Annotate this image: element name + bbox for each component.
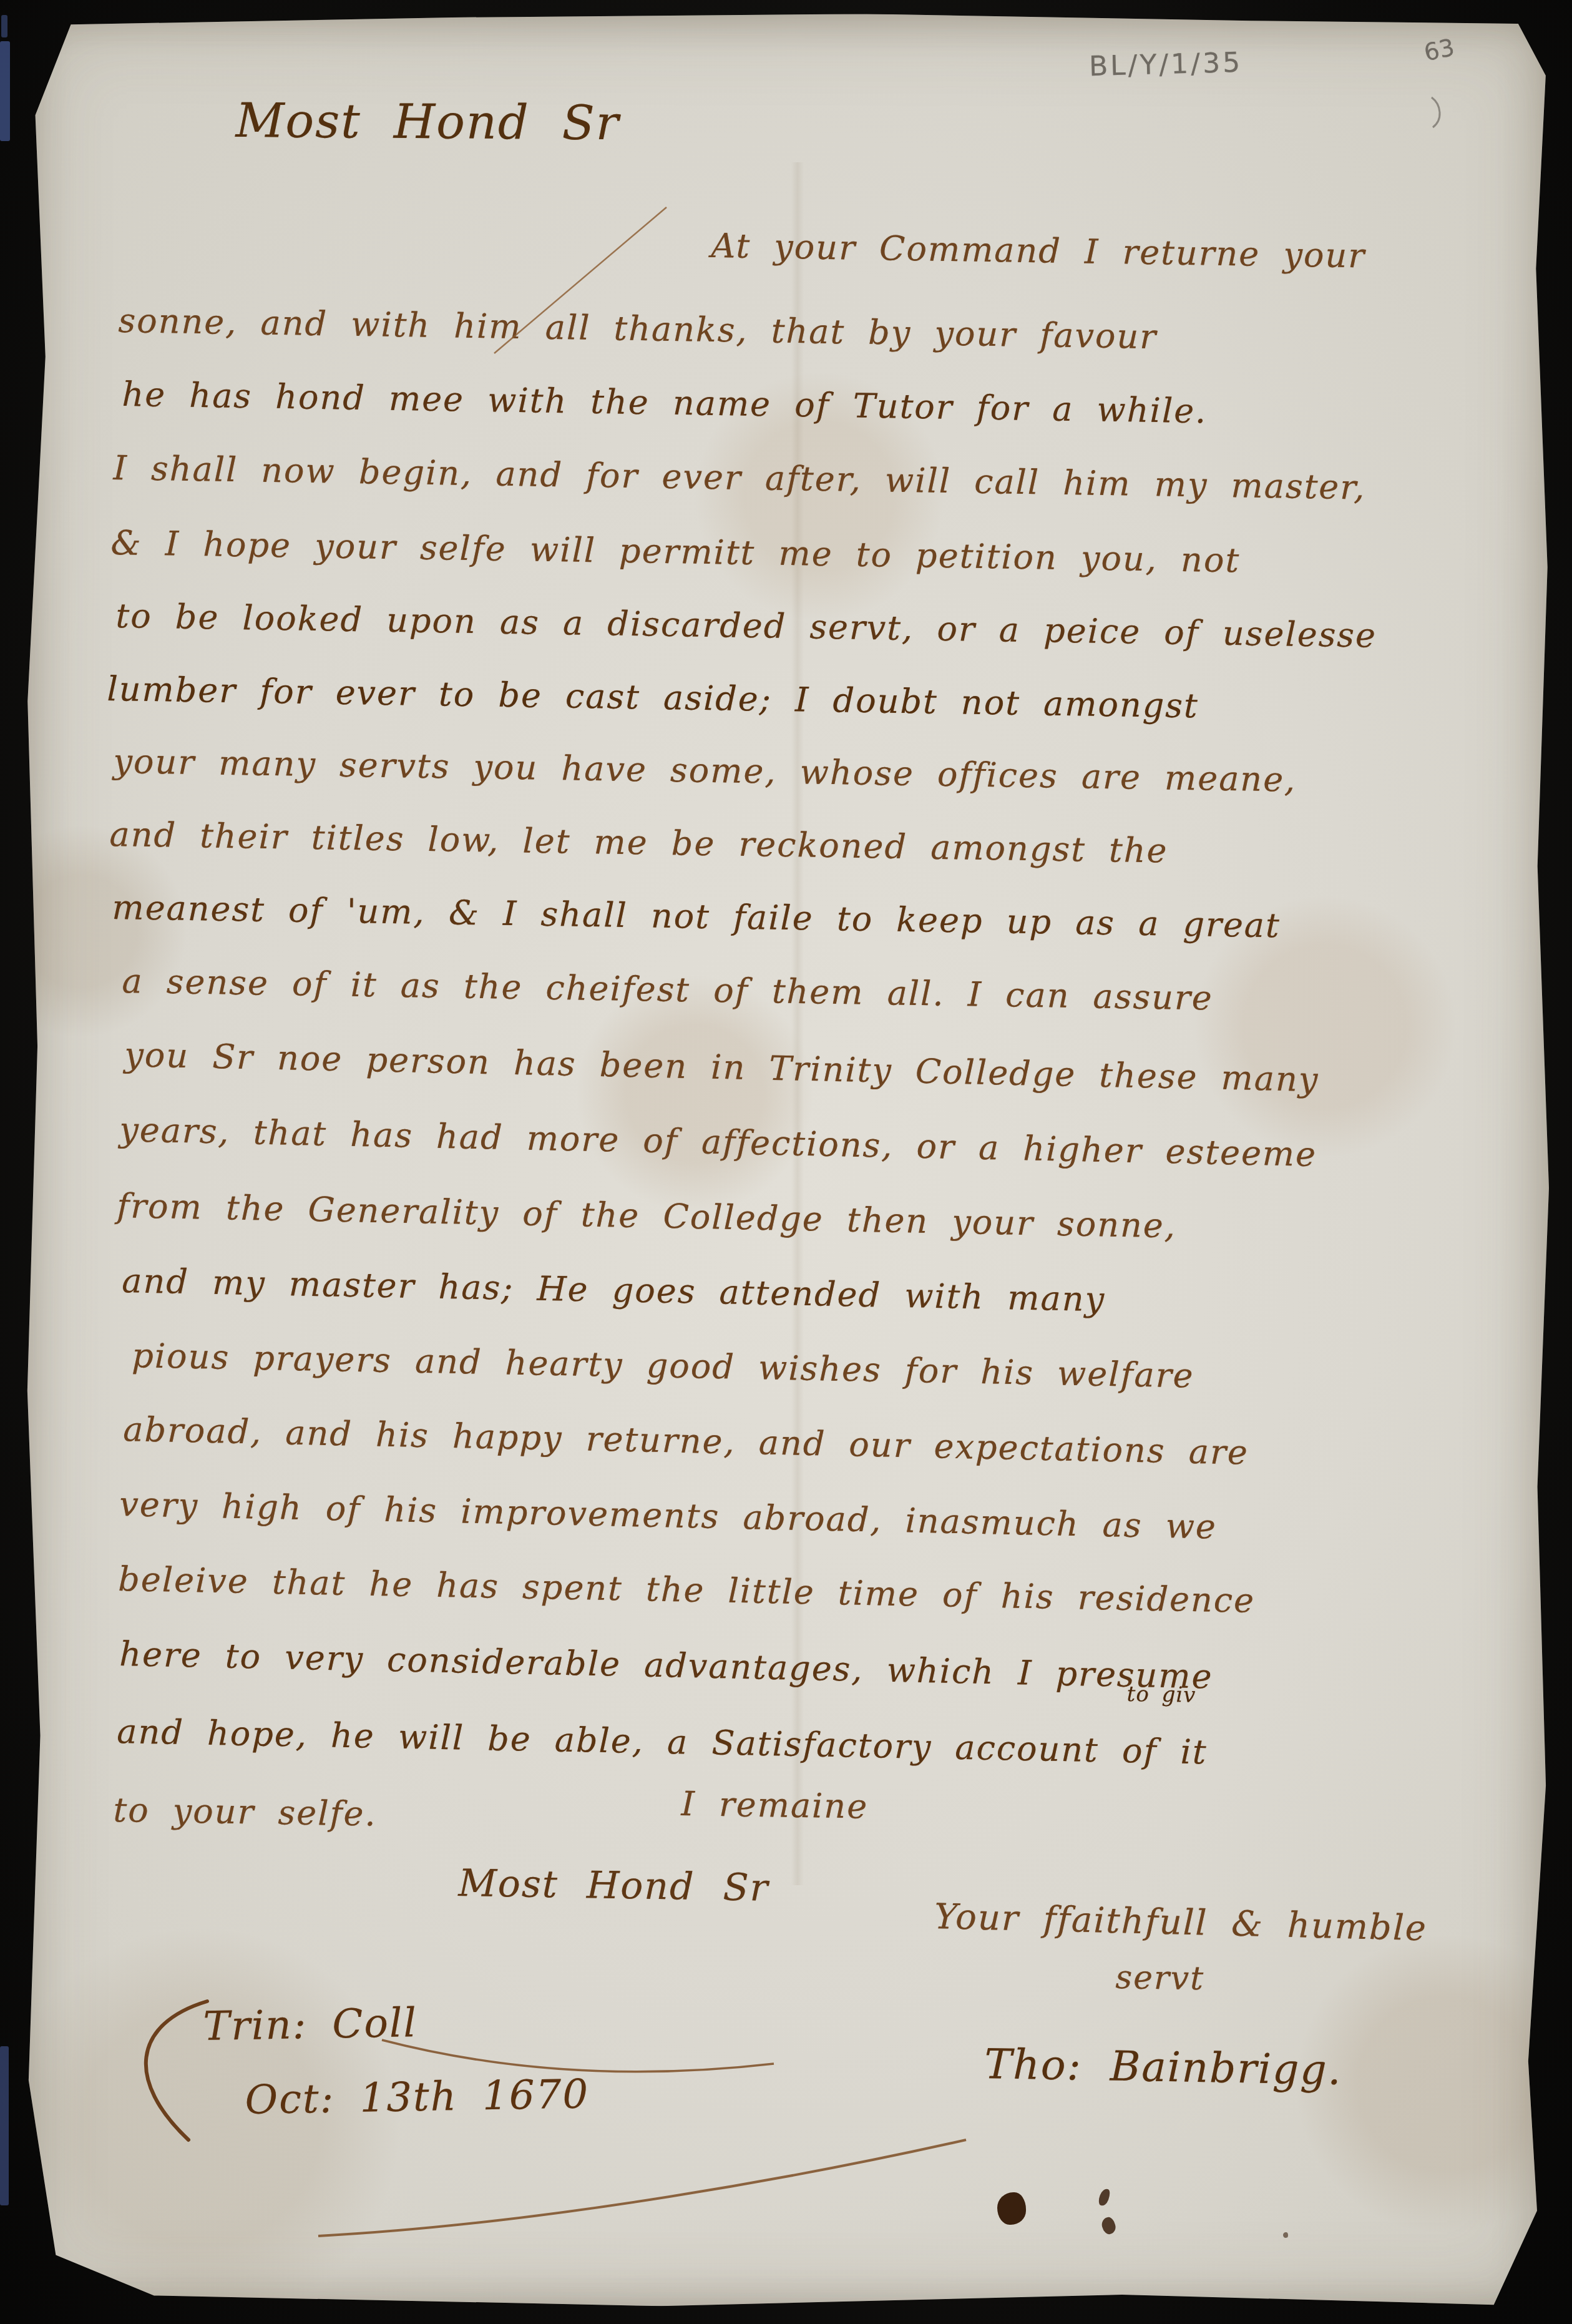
- valediction-lead: I remaine: [681, 1784, 869, 1826]
- interlinear-insertion: to giv: [1126, 1682, 1196, 1708]
- signature: Tho: Bainbrigg.: [984, 2040, 1343, 2094]
- dateline-place: Trin: Coll: [203, 2000, 418, 2050]
- ink-blot: [1283, 2232, 1288, 2238]
- archive-reference: BL/Y/1/35: [1088, 47, 1242, 82]
- dateline-date: Oct: 13th 1670: [245, 2071, 590, 2124]
- closing-compliment: servt: [1115, 1959, 1205, 1998]
- binding-edge: [1, 15, 7, 37]
- closing-salutation: Most Hond Sr: [458, 1861, 769, 1910]
- binding-edge: [0, 41, 10, 141]
- salutation: Most Hond Sr: [235, 92, 620, 150]
- letter-line: to your selfe.: [113, 1790, 377, 1834]
- ink-blot: [997, 2192, 1026, 2225]
- binding-edge: [0, 2046, 9, 2205]
